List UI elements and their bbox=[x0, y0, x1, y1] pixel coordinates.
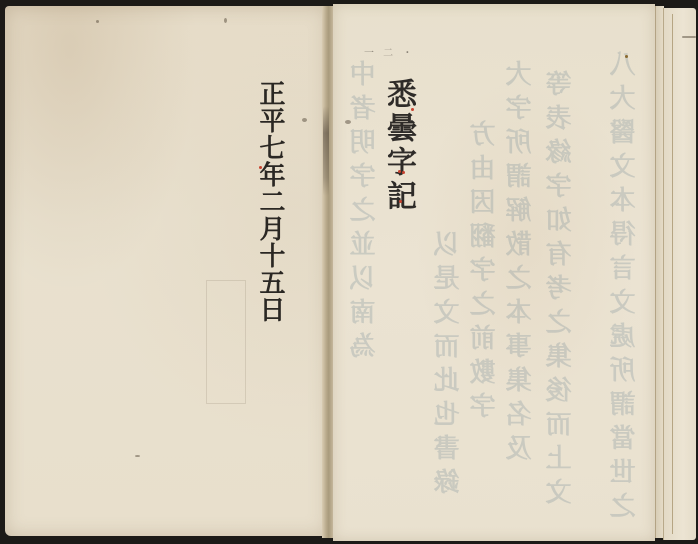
document-title: 悉曇字記 bbox=[383, 78, 413, 214]
ink-speck bbox=[345, 120, 351, 124]
spine-stain bbox=[323, 106, 329, 196]
stacked-leaves bbox=[663, 8, 696, 540]
bleed-through-column: 以是文而此也書錄 bbox=[436, 230, 462, 502]
bleed-through-column: 大字所謂解散之本事集名及 bbox=[508, 60, 534, 468]
ink-speck bbox=[302, 118, 307, 122]
leaf-fold-line bbox=[672, 14, 673, 534]
bleed-through-column: 八大醫文本得言文處所謂當世之 bbox=[612, 50, 638, 526]
document-scan: 正平七年二月十五日 八大醫文本得言文處所謂當世之 等表緣字如有考之集後而上文 大… bbox=[0, 0, 698, 544]
red-punctuation-mark bbox=[259, 166, 262, 169]
date-line: 正平七年二月十五日 bbox=[257, 80, 283, 323]
bleed-through-column: 中者明字之並以南為 bbox=[352, 60, 378, 366]
ink-speck bbox=[96, 20, 99, 23]
bleed-through-column: 等表緣字如有考之集後而上文 bbox=[548, 70, 574, 512]
red-punctuation-mark bbox=[399, 200, 402, 203]
ink-speck bbox=[682, 36, 696, 38]
red-punctuation-mark bbox=[402, 171, 405, 174]
ink-speck bbox=[224, 18, 227, 23]
ink-speck bbox=[135, 455, 140, 457]
page-mark: 一 二 ・ bbox=[364, 44, 415, 59]
ink-speck bbox=[625, 55, 628, 58]
faint-seal-impression bbox=[206, 280, 246, 404]
red-punctuation-mark bbox=[398, 170, 401, 173]
bleed-through-column: 方由因翻字之前數字 bbox=[472, 120, 498, 426]
red-punctuation-mark bbox=[411, 108, 414, 111]
